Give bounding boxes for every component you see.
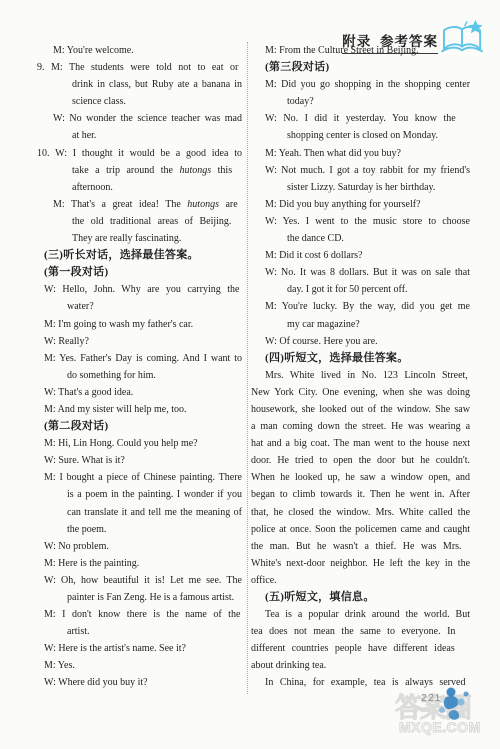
paragraph-line: New York City. One evening, when she was…	[251, 384, 470, 401]
speaker-line: M: That's a great idea! The hutongs are	[53, 196, 242, 213]
speaker-line: M: Did you buy anything for yourself?	[265, 196, 470, 213]
section-header: (第一段对话)	[44, 264, 242, 281]
speaker-line: W: No. It was 8 dollars. But it was on s…	[265, 264, 470, 281]
paragraph-line: police at once. Soon the policemen came …	[251, 521, 470, 538]
paragraph-line: White's next-door neighbor. He left the …	[251, 555, 470, 572]
speaker-line: W: Not much. I got a toy rabbit for my f…	[265, 162, 470, 179]
speaker-line: W: Of course. Here you are.	[265, 333, 470, 350]
speaker-line: W: No. I did it yesterday. You know the	[265, 110, 470, 127]
watermark-figure-icon	[433, 684, 475, 724]
continuation-line: science class.	[72, 93, 242, 110]
speaker-line: W: Sure. What is it?	[44, 452, 242, 469]
speaker-line: M: Here is the painting.	[44, 555, 242, 572]
continuation-line: afternoon.	[72, 179, 242, 196]
numbered-line: 10. W: I thought it would be a good idea…	[37, 145, 242, 162]
paragraph-line: different countries people have differen…	[251, 640, 470, 657]
speaker-line: M: You're lucky. By the way, did you get…	[265, 298, 470, 315]
column-divider	[247, 42, 248, 694]
continuation-line: take a trip around the hutongs this	[72, 162, 242, 179]
speaker-line: W: That's a good idea.	[44, 384, 242, 401]
paragraph-line: door. He tried to open the door but he c…	[251, 452, 470, 469]
continuation-line: water?	[67, 298, 242, 315]
speaker-line: W: Yes. I went to the music store to cho…	[265, 213, 470, 230]
continuation-line: shopping center is closed on Monday.	[287, 127, 470, 144]
speaker-line: M: Yes. Father's Day is coming. And I wa…	[44, 350, 242, 367]
continuation-line: the old traditional areas of Beijing.	[72, 213, 242, 230]
paragraph-line: Tea is a popular drink around the world.…	[265, 606, 470, 623]
right-column: M: From the Culture Street in Beijing.(第…	[251, 42, 470, 692]
continuation-line: They are really fascinating.	[72, 230, 242, 247]
speaker-line: M: From the Culture Street in Beijing.	[265, 42, 470, 59]
section-header: (五)听短文，填信息。	[265, 589, 470, 606]
left-column: M: You're welcome.9. M: The students wer…	[36, 42, 242, 692]
continuation-line: painter is Fan Zeng. He is a famous arti…	[67, 589, 242, 606]
speaker-line: M: You're welcome.	[53, 42, 242, 59]
continuation-line: the dance CD.	[287, 230, 470, 247]
speaker-line: M: Did it cost 6 dollars?	[265, 247, 470, 264]
speaker-line: M: Hi, Lin Hong. Could you help me?	[44, 435, 242, 452]
continuation-line: today?	[287, 93, 470, 110]
numbered-line: 9. M: The students were told not to eat …	[37, 59, 242, 76]
continuation-line: the poem.	[67, 521, 242, 538]
paragraph-line: Mrs. White lived in No. 123 Lincoln Stre…	[265, 367, 470, 384]
continuation-line: at her.	[72, 127, 242, 144]
continuation-line: drink in class, but Ruby ate a banana in	[72, 76, 242, 93]
paragraph-line: tea does not mean the same to everyone. …	[251, 623, 470, 640]
speaker-line: W: Really?	[44, 333, 242, 350]
page-number: 221	[421, 692, 442, 704]
speaker-line: M: Yes.	[44, 657, 242, 674]
continuation-line: my car magazine?	[287, 316, 470, 333]
continuation-line: artist.	[67, 623, 242, 640]
speaker-line: W: No wonder the science teacher was mad	[53, 110, 242, 127]
section-header: (第二段对话)	[44, 418, 242, 435]
speaker-line: M: I'm going to wash my father's car.	[44, 316, 242, 333]
speaker-line: W: Oh, how beautiful it is! Let me see. …	[44, 572, 242, 589]
speaker-line: M: Did you go shopping in the shopping c…	[265, 76, 470, 93]
speaker-line: W: Hello, John. Why are you carrying the	[44, 281, 242, 298]
paragraph-line: the man. But he wasn't a thief. He was M…	[251, 538, 470, 555]
paragraph-line: hat and a big coat. The man went to the …	[251, 435, 470, 452]
section-header: (第三段对话)	[265, 59, 470, 76]
speaker-line: M: Yeah. Then what did you buy?	[265, 145, 470, 162]
paragraph-line: that, he closed the window. Mrs. White c…	[251, 504, 470, 521]
paragraph-line: housework, she looked out of the window.…	[251, 401, 470, 418]
section-header: (四)听短文，选择最佳答案。	[265, 350, 470, 367]
continuation-line: can translate it and tell me the meaning…	[67, 504, 242, 521]
speaker-line: W: Here is the artist's name. See it?	[44, 640, 242, 657]
paragraph-line: a man coming down the street. He was wea…	[251, 418, 470, 435]
continuation-line: day. I got it for 50 percent off.	[287, 281, 470, 298]
continuation-line: is a poem in the painting. I wonder if y…	[67, 486, 242, 503]
speaker-line: M: And my sister will help me, too.	[44, 401, 242, 418]
paragraph-line: began to climb towards it. Then he went …	[251, 486, 470, 503]
watermark-site: MXQE.COM	[399, 719, 481, 735]
watermark: 答案圈 MXQE.COM 221	[393, 686, 497, 746]
speaker-line: W: No problem.	[44, 538, 242, 555]
speaker-line: M: I don't know there is the name of the	[44, 606, 242, 623]
continuation-line: sister Lizzy. Saturday is her birthday.	[287, 179, 470, 196]
speaker-line: W: Where did you buy it?	[44, 674, 242, 691]
continuation-line: do something for him.	[67, 367, 242, 384]
speaker-line: M: I bought a piece of Chinese painting.…	[44, 469, 242, 486]
paragraph-line: When he looked up, he saw a window open,…	[251, 469, 470, 486]
paragraph-line: about drinking tea.	[251, 657, 470, 674]
section-header: (三)听长对话，选择最佳答案。	[44, 247, 242, 264]
paragraph-line: office.	[251, 572, 470, 589]
